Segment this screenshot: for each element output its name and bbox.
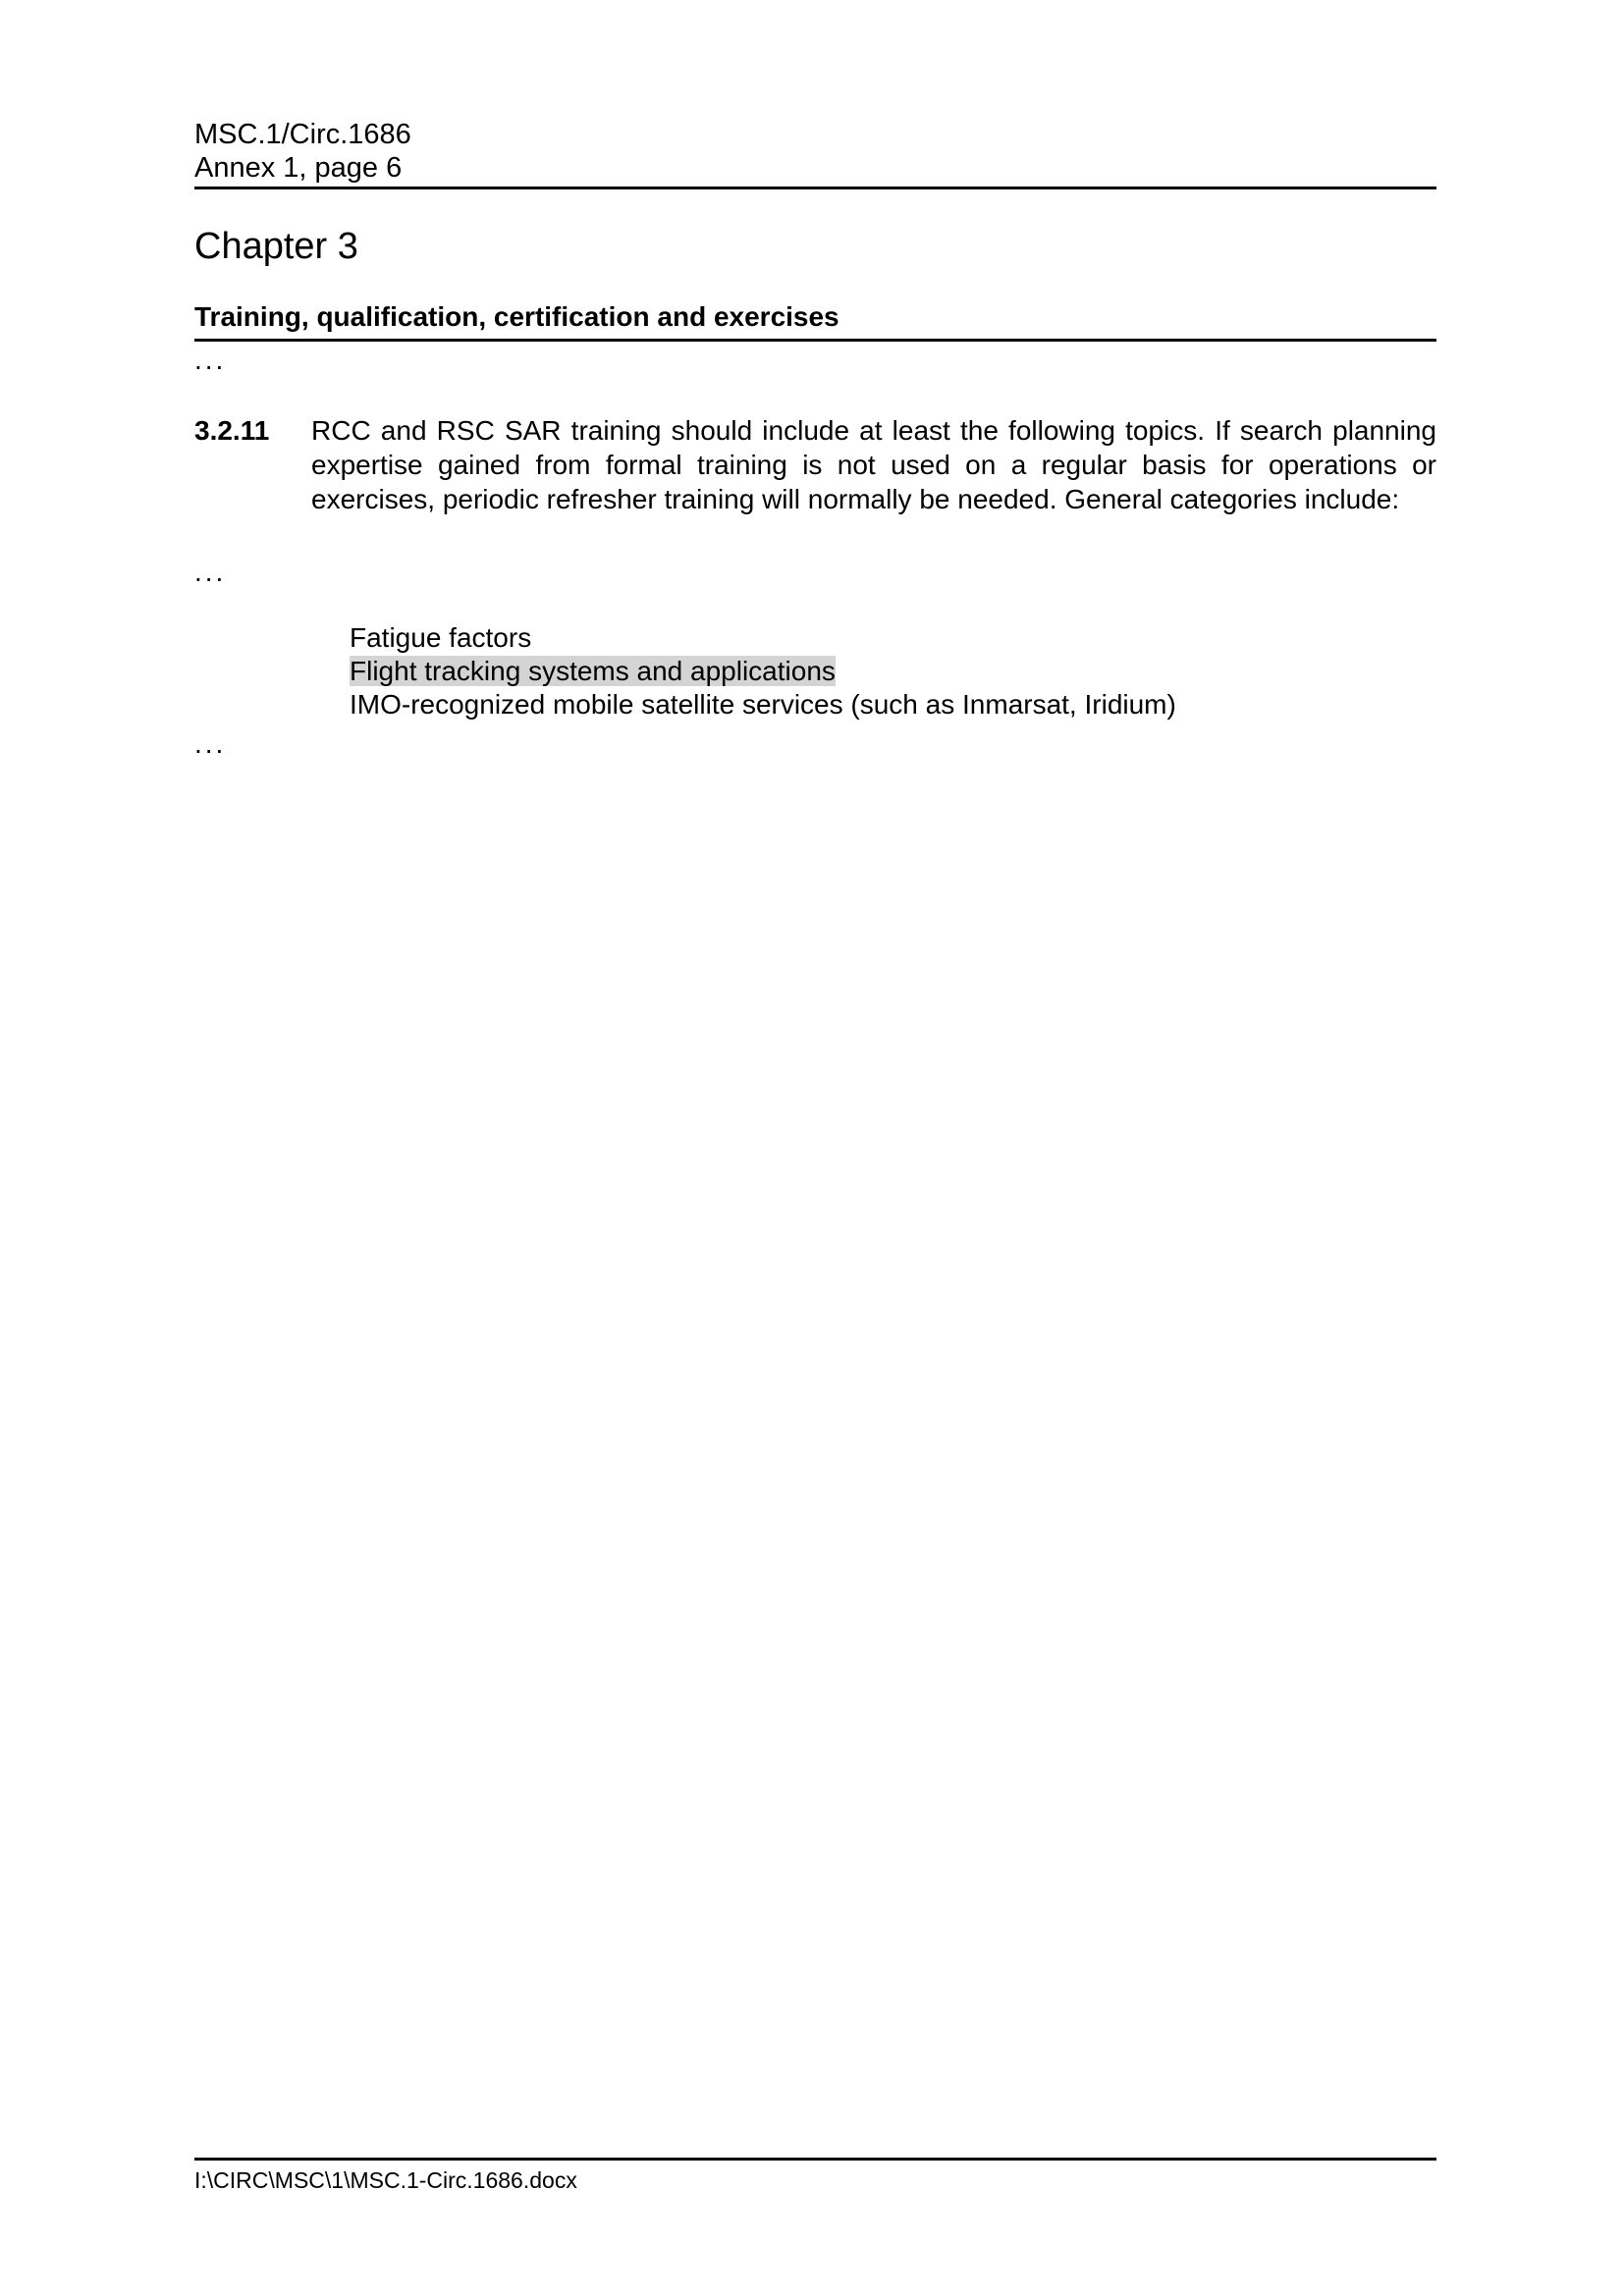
list-item: IMO-recognized mobile satellite services… <box>350 688 1176 721</box>
list-item-text: Fatigue factors <box>350 622 531 653</box>
section-rule <box>194 339 1436 342</box>
header-doc-ref: MSC.1/Circ.1686 <box>194 118 411 151</box>
paragraph-text: RCC and RSC SAR training should include … <box>311 413 1436 516</box>
section-title: Training, qualification, certification a… <box>194 300 839 334</box>
list-item-highlighted: Flight tracking systems and applications <box>350 655 836 688</box>
ellipsis-1: ... <box>194 344 226 377</box>
header-page-ref: Annex 1, page 6 <box>194 151 402 185</box>
header-rule <box>194 187 1436 189</box>
chapter-title: Chapter 3 <box>194 224 358 269</box>
ellipsis-3: ... <box>194 727 226 761</box>
list-item-text: Flight tracking systems and applications <box>350 656 836 686</box>
ellipsis-2: ... <box>194 556 226 589</box>
list-item: Fatigue factors <box>350 621 531 655</box>
footer-rule <box>194 2158 1436 2161</box>
paragraph-number: 3.2.11 <box>194 413 269 448</box>
footer-file-path: I:\CIRC\MSC\1\MSC.1-Circ.1686.docx <box>194 2166 577 2194</box>
list-item-text: IMO-recognized mobile satellite services… <box>350 689 1176 720</box>
